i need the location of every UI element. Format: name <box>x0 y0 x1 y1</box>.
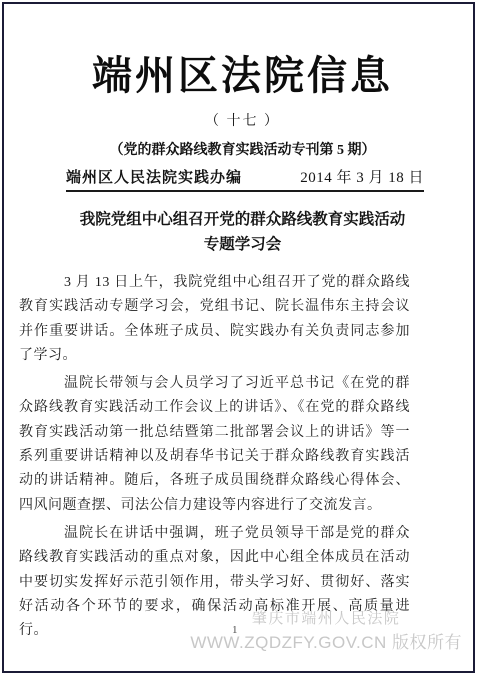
paragraph-1: 3 月 13 日上午，我院党组中心组召开了党的群众路线教育实践活动专题学习会，党… <box>19 271 410 368</box>
watermark-court-name: 肇庆市端州人民法院 <box>190 611 462 626</box>
article-body: 3 月 13 日上午，我院党组中心组召开了党的群众路线教育实践活动专题学习会，党… <box>19 271 410 643</box>
watermark-url-copyright: WWW.ZQDZFY.GOV.CN 版权所有 <box>190 634 462 651</box>
article-title-line-1: 我院党组中心组召开党的群众路线教育实践活动 <box>12 207 473 232</box>
site-watermark: 肇庆市端州人民法院 WWW.ZQDZFY.GOV.CN 版权所有 <box>190 611 462 651</box>
special-issue-line: （党的群众路线教育实践活动专刊第 5 期） <box>4 139 473 159</box>
editor-name: 端州区人民法院实践办编 <box>66 166 242 187</box>
editor-row: 端州区人民法院实践办编 2014 年 3 月 18 日 <box>66 166 424 192</box>
document-page: 端州区法院信息 （ 十七 ） （党的群众路线教育实践活动专刊第 5 期） 端州区… <box>2 2 475 673</box>
article-title-line-2: 专题学习会 <box>12 232 473 257</box>
masthead-title: 端州区法院信息 <box>4 53 473 99</box>
paragraph-2: 温院长带领与会人员学习了习近平总书记《在党的群众路线教育实践活动工作会议上的讲话… <box>19 372 410 518</box>
publish-date: 2014 年 3 月 18 日 <box>300 166 424 187</box>
issue-number: （ 十七 ） <box>4 110 473 130</box>
article-title: 我院党组中心组召开党的群众路线教育实践活动 专题学习会 <box>4 207 473 257</box>
